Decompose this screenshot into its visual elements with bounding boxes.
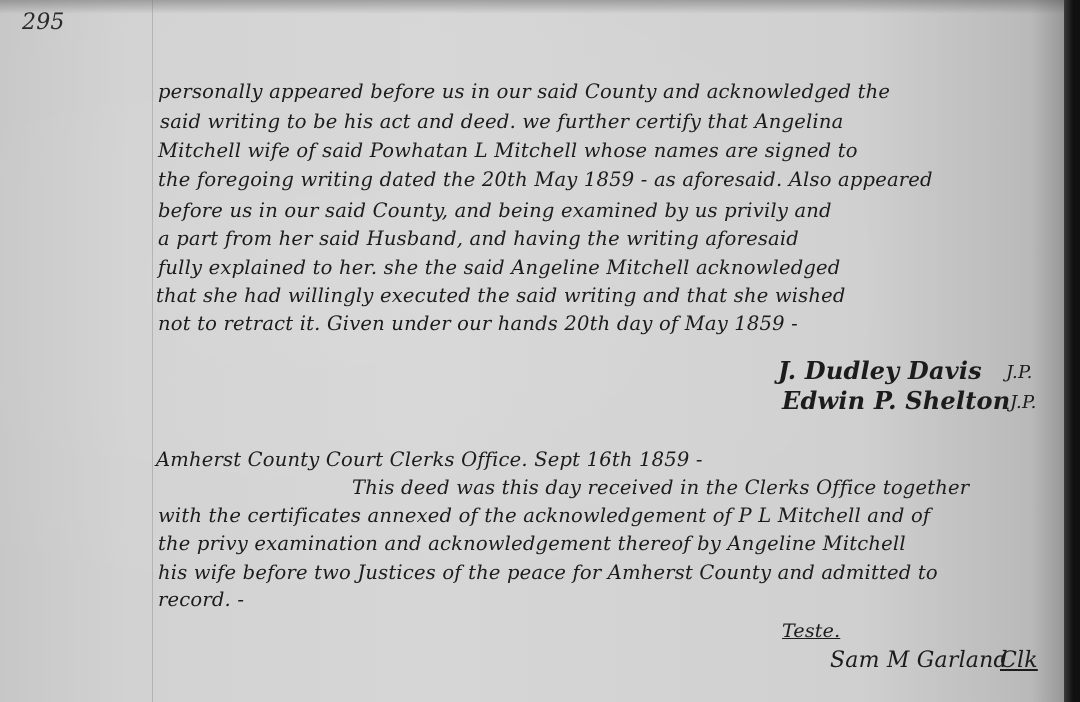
certificate-line: that she had willingly executed the said… [156, 284, 846, 308]
teste-label: Teste. [782, 620, 840, 642]
clerk-record-line: with the certificates annexed of the ack… [158, 504, 930, 528]
book-binding-edge [1064, 0, 1074, 702]
justice-signature: Edwin P. Shelton [782, 386, 1010, 415]
certificate-line: Mitchell wife of said Powhatan L Mitchel… [158, 139, 858, 163]
justice-title: J.P. [1006, 362, 1033, 383]
certificate-line: the foregoing writing dated the 20th May… [158, 168, 933, 192]
margin-rule [152, 0, 153, 702]
certificate-line: a part from her said Husband, and having… [158, 227, 799, 251]
justice-signature: J. Dudley Davis [778, 356, 982, 385]
clerk-signature: Sam M Garland [830, 648, 1008, 673]
justice-title: J.P. [1010, 392, 1037, 413]
clerk-record-line: This deed was this day received in the C… [352, 476, 969, 500]
clerk-record-heading: Amherst County Court Clerks Office. Sept… [156, 448, 703, 472]
clerk-title: Clk [1000, 648, 1038, 673]
certificate-line: before us in our said County, and being … [158, 199, 832, 223]
clerk-record-line: record. - [158, 588, 244, 612]
page-number: 295 [22, 10, 65, 35]
ledger-page: 295 personally appeared before us in our… [0, 0, 1074, 702]
certificate-line: personally appeared before us in our sai… [158, 80, 890, 104]
clerk-record-line: the privy examination and acknowledgemen… [158, 532, 906, 556]
certificate-line: said writing to be his act and deed. we … [160, 110, 843, 134]
certificate-line: fully explained to her. she the said Ang… [158, 256, 840, 280]
clerk-record-line: his wife before two Justices of the peac… [158, 561, 938, 585]
certificate-line: not to retract it. Given under our hands… [158, 312, 798, 336]
